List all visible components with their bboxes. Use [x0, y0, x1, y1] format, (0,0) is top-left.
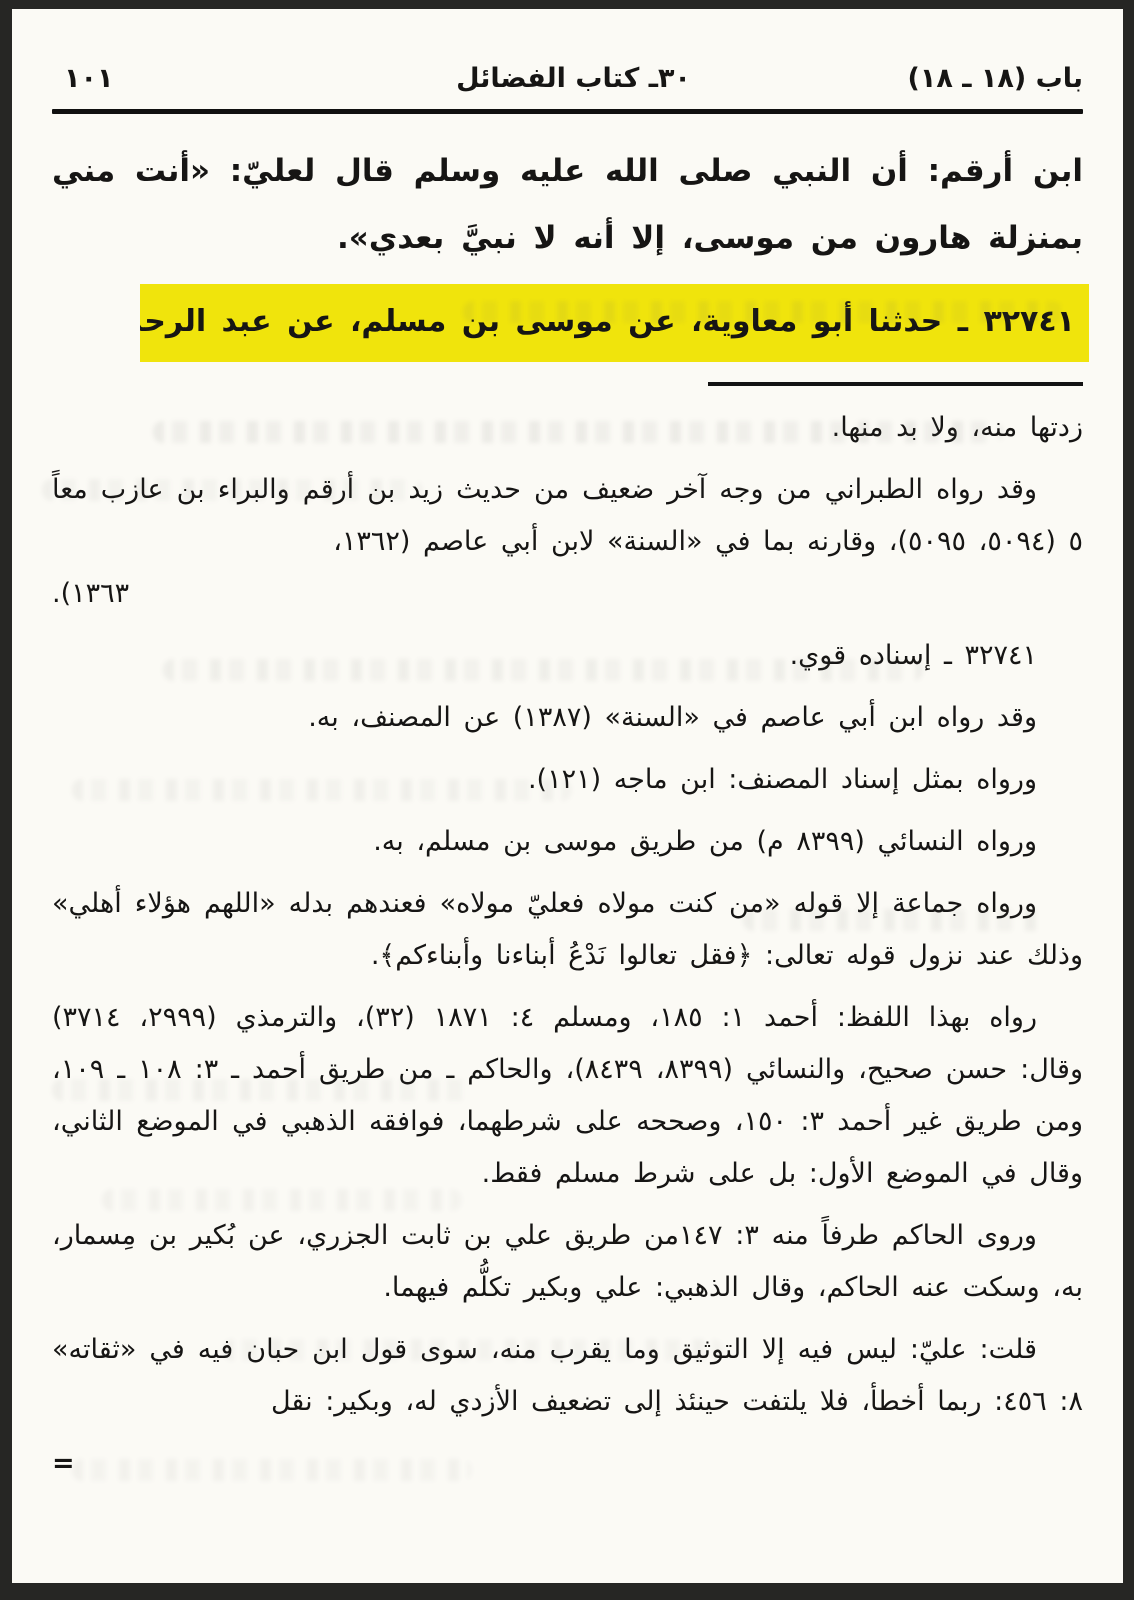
footnotes: زدتها منه، ولا بد منها. وقد رواه الطبران… — [52, 402, 1083, 1490]
footnote-line: رواه بهذا اللفظ: أحمد ١: ١٨٥، ومسلم ٤: ١… — [52, 992, 1083, 1200]
book-title: ٣٠ـ كتاب الفضائل — [373, 63, 774, 94]
footnote-separator — [708, 382, 1083, 386]
hadith-text: ابن أرقم: أن النبي صلى الله عليه وسلم قا… — [52, 138, 1083, 272]
footnote-line-tail: ١٣٦٣). — [52, 568, 1083, 620]
footnote-line: قلت: عليّ: ليس فيه إلا التوثيق وما يقرب … — [52, 1324, 1083, 1428]
footnote-line: زدتها منه، ولا بد منها. — [52, 402, 1083, 454]
footnote-line: ورواه جماعة إلا قوله «من كنت مولاه فعليّ… — [52, 878, 1083, 982]
book-page: باب (١٨ ـ ١٨) ٣٠ـ كتاب الفضائل ١٠١ ابن أ… — [12, 9, 1123, 1583]
page-header: باب (١٨ ـ ١٨) ٣٠ـ كتاب الفضائل ١٠١ — [52, 63, 1083, 94]
scan-border: باب (١٨ ـ ١٨) ٣٠ـ كتاب الفضائل ١٠١ ابن أ… — [0, 0, 1134, 1600]
chapter-heading: باب (١٨ ـ ١٨) — [774, 63, 1083, 94]
header-rule — [52, 109, 1083, 114]
footnote-line: ورواه بمثل إسناد المصنف: ابن ماجه (١٢١). — [52, 754, 1083, 806]
continuation-mark: = — [52, 1438, 1083, 1490]
footnote-line: وروى الحاكم طرفاً منه ٣: ١٤٧من طريق علي … — [52, 1210, 1083, 1314]
footnote-line: وقد رواه ابن أبي عاصم في «السنة» (١٣٨٧) … — [52, 692, 1083, 744]
highlighted-hadith-line: ٣٢٧٤١ ـ حدثنا أبو معاوية، عن موسى بن مسل… — [140, 284, 1089, 362]
page-number: ١٠١ — [52, 63, 373, 94]
footnote-line: ورواه النسائي (٨٣٩٩ م) من طريق موسى بن م… — [52, 816, 1083, 868]
footnote-line: وقد رواه الطبراني من وجه آخر ضعيف من حدي… — [52, 464, 1083, 568]
footnote-line: ٣٢٧٤١ ـ إسناده قوي. — [52, 630, 1083, 682]
